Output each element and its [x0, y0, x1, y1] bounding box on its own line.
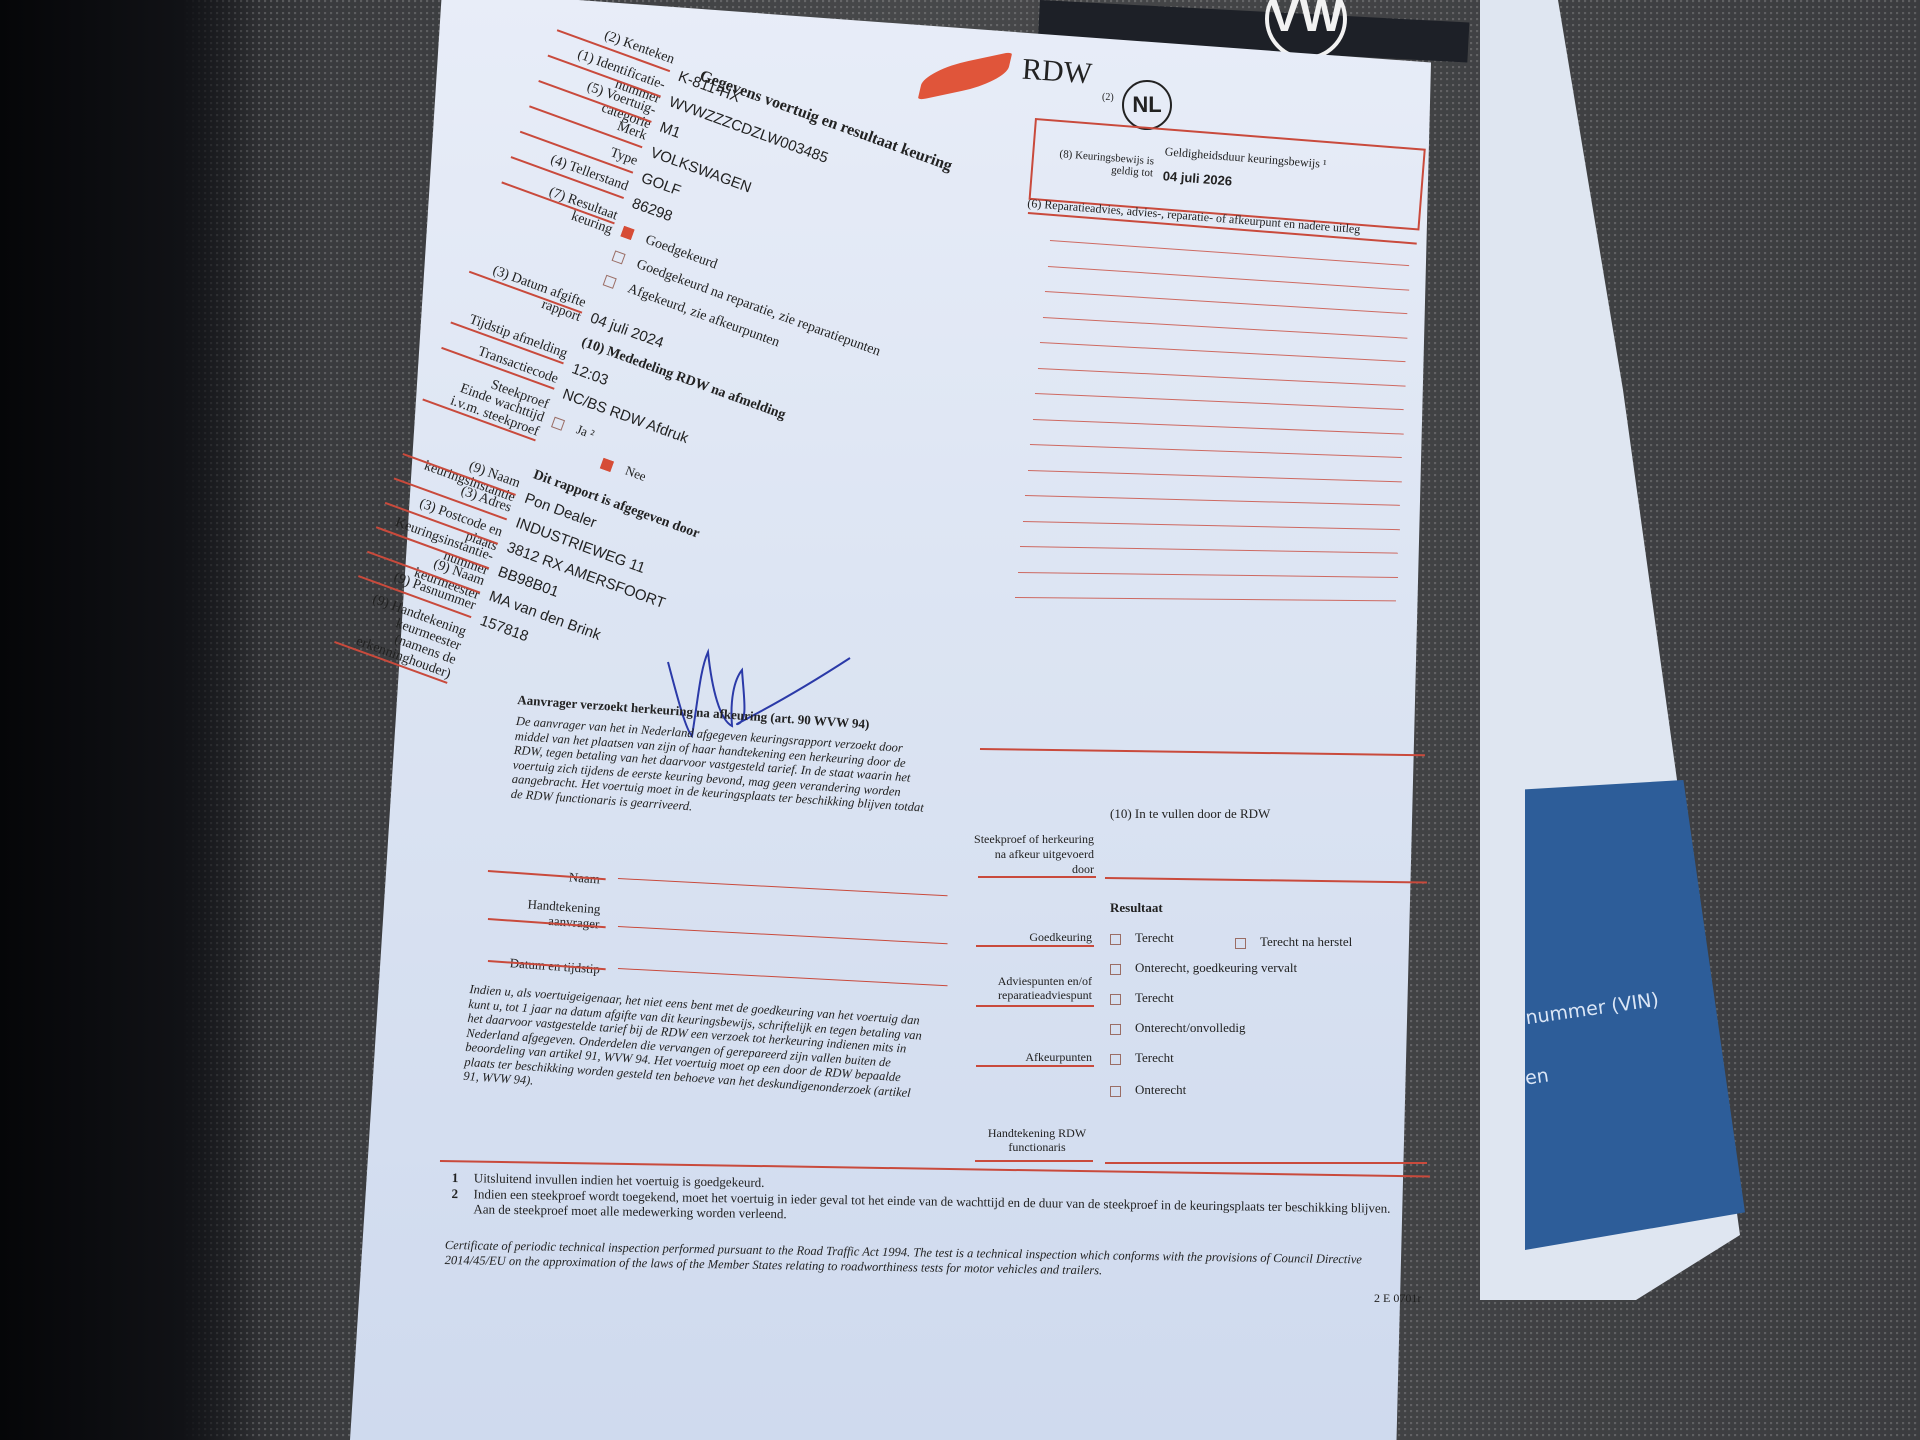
divider [978, 876, 1096, 878]
checkbox[interactable] [1110, 934, 1121, 945]
country-badge: NL [1122, 80, 1172, 130]
advice-line[interactable] [1025, 495, 1400, 506]
checkbox[interactable] [600, 457, 614, 471]
option-label: Terecht [1135, 930, 1174, 945]
rdw-result-option[interactable]: Terecht [1110, 1050, 1174, 1066]
result-heading: Resultaat [1110, 900, 1163, 916]
advice-line[interactable] [1045, 291, 1407, 314]
divider [976, 945, 1094, 947]
option-label: Ja ² [574, 421, 596, 441]
checkbox[interactable] [1110, 1054, 1121, 1065]
rdw-inspection-report: Gegevens voertuig en resultaat keuring (… [0, 0, 1920, 1440]
rdw-signature-label: Handtekening RDW functionaris [985, 1126, 1089, 1154]
checkbox[interactable] [1110, 1086, 1121, 1097]
rdw-result-option[interactable]: Terecht na herstel [1235, 934, 1352, 950]
rdw-row-label: Afkeurpunten [970, 1050, 1092, 1064]
checkbox[interactable] [603, 275, 617, 289]
field-value: M1 [657, 119, 682, 142]
rdw-signature-field[interactable] [1105, 1162, 1427, 1164]
option-label: Onterecht/onvolledig [1135, 1020, 1245, 1035]
option-label: Onterecht, goedkeuring vervalt [1135, 960, 1297, 975]
rdw-result-option[interactable]: Onterecht, goedkeuring vervalt [1110, 960, 1297, 976]
advice-line[interactable] [1027, 470, 1400, 482]
advice-line[interactable] [1022, 521, 1398, 530]
performed-by-field[interactable] [1105, 877, 1427, 883]
option-label: Terecht na herstel [1260, 934, 1352, 949]
advice-line[interactable] [1035, 393, 1404, 410]
validity-date: 04 juli 2026 [1162, 168, 1232, 188]
advice-line[interactable] [1037, 368, 1404, 387]
advice-line[interactable] [1040, 342, 1406, 362]
rdw-logo-icon [918, 52, 1013, 101]
rdw-result-option[interactable]: Terecht [1110, 990, 1174, 1006]
field-value: 12:03 [569, 360, 610, 389]
option-label: Onterecht [1135, 1082, 1186, 1097]
option-label: Terecht [1135, 1050, 1174, 1065]
advice-line[interactable] [1030, 444, 1402, 458]
option-label: Nee [623, 463, 648, 484]
rdw-result-option[interactable]: Onterecht/onvolledig [1110, 1020, 1245, 1036]
option-label: Terecht [1135, 990, 1174, 1005]
performed-by-label: Steekproef of herkeuring na afkeur uitge… [970, 832, 1094, 877]
advice-line[interactable] [1032, 419, 1402, 435]
rdw-section-heading: (10) In te vullen door de RDW [1110, 806, 1270, 822]
reinspection-section: Aanvrager verzoekt herkeuring na afkeuri… [510, 692, 937, 830]
advice-line[interactable] [1015, 597, 1396, 601]
rdw-result-option[interactable]: Onterecht [1110, 1082, 1186, 1098]
checkbox[interactable] [1110, 964, 1121, 975]
rdw-row-label: Goedkeuring [970, 930, 1092, 944]
certificate-text: Certificate of periodic technical inspec… [445, 1238, 1375, 1283]
reinspection-input-line[interactable] [618, 926, 948, 944]
sample-no[interactable]: Nee [600, 454, 649, 485]
divider [976, 1065, 1094, 1067]
footnote-number: 2 [451, 1186, 473, 1216]
advice-line[interactable] [1020, 546, 1398, 554]
checkbox[interactable] [611, 251, 625, 265]
checkbox[interactable] [1235, 938, 1246, 949]
field-value: GOLF [639, 170, 683, 200]
divider [976, 1005, 1094, 1007]
checkbox[interactable] [1110, 1024, 1121, 1035]
country-note: (2) [1102, 92, 1114, 103]
divider [975, 1160, 1093, 1162]
advice-line[interactable] [1050, 240, 1409, 266]
reinspection-input-line[interactable] [618, 878, 948, 896]
checkbox[interactable] [620, 226, 634, 240]
advice-line[interactable] [1042, 317, 1406, 339]
validity-label: (8) Keuringsbewijs is geldig tot [1053, 148, 1155, 180]
rdw-logo-text: RDW [1021, 53, 1093, 92]
rdw-row-label: Adviespunten en/of reparatieadviespunt [970, 974, 1092, 1002]
footnote-number: 1 [452, 1170, 474, 1185]
checkbox[interactable] [551, 416, 565, 430]
advice-line[interactable] [1017, 572, 1396, 578]
checkbox[interactable] [1110, 994, 1121, 1005]
sample-yes[interactable]: Ja ² [551, 413, 597, 443]
field-label: (3) Datum afgifte rapport [474, 259, 588, 325]
divider [980, 748, 1425, 756]
validity-heading: Geldigheidsduur keuringsbewijs ¹ [1164, 144, 1327, 172]
rdw-result-option[interactable]: Terecht [1110, 930, 1174, 946]
owner-note: Indien u, als voertuigeigenaar, het niet… [463, 982, 929, 1115]
form-code: 2 E 0701r [1374, 1291, 1421, 1306]
reinspection-input-line[interactable] [618, 968, 948, 986]
advice-line[interactable] [1047, 266, 1408, 291]
field-value: 86298 [630, 195, 675, 225]
